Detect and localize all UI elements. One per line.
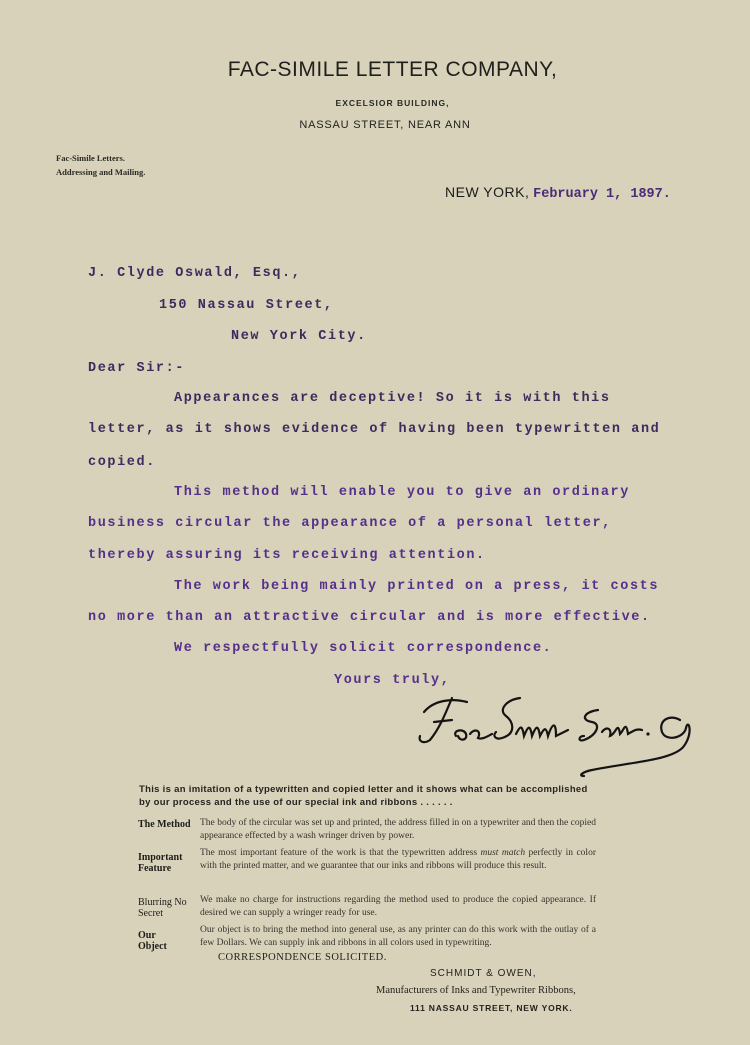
feature-label-important: Important Feature bbox=[138, 852, 190, 874]
feature-text-method: The body of the circular was set up and … bbox=[200, 817, 596, 842]
footer-intro: This is an imitation of a typewritten an… bbox=[139, 783, 599, 809]
signature-flourish-icon bbox=[412, 690, 702, 780]
side-note-service-2: Addressing and Mailing. bbox=[56, 167, 145, 177]
recipient-city: New York City. bbox=[231, 329, 367, 344]
maker-name: SCHMIDT & OWEN, bbox=[430, 968, 536, 979]
feature-text-important: The most important feature of the work i… bbox=[200, 847, 596, 872]
body-line: This method will enable you to give an o… bbox=[174, 485, 630, 500]
body-line: letter, as it shows evidence of having b… bbox=[88, 422, 660, 437]
dateline-city: NEW YORK, bbox=[445, 184, 529, 200]
body-line: copied. bbox=[88, 455, 156, 470]
recipient-street: 150 Nassau Street, bbox=[159, 298, 334, 313]
maker-address: 111 NASSAU STREET, NEW YORK. bbox=[410, 1003, 573, 1013]
closing: Yours truly, bbox=[334, 673, 450, 688]
dateline-date: February 1, 1897. bbox=[533, 187, 671, 202]
feature-label-method: The Method bbox=[138, 819, 202, 830]
feature-label-blurring: Blurring No Secret bbox=[138, 897, 190, 919]
body-line: no more than an attractive circular and … bbox=[88, 610, 651, 625]
body-line: thereby assuring its receiving attention… bbox=[88, 548, 486, 563]
body-line: We respectfully solicit correspondence. bbox=[174, 641, 552, 656]
feature-label-object: Our Object bbox=[138, 930, 174, 952]
emphasis-must-match: must match bbox=[481, 848, 526, 858]
feature-text-object: Our object is to bring the method into g… bbox=[200, 924, 596, 949]
building-name: EXCELSIOR BUILDING, bbox=[0, 98, 750, 108]
body-line: business circular the appearance of a pe… bbox=[88, 516, 612, 531]
side-note-service-1: Fac-Simile Letters. bbox=[56, 153, 125, 163]
body-line: Appearances are deceptive! So it is with… bbox=[174, 391, 611, 406]
company-name: FAC-SIMILE LETTER COMPANY, bbox=[0, 58, 750, 82]
maker-description: Manufacturers of Inks and Typewriter Rib… bbox=[376, 985, 576, 996]
signature bbox=[412, 690, 702, 780]
salutation: Dear Sir:- bbox=[88, 361, 185, 376]
feature-text-blurring: We make no charge for instructions regar… bbox=[200, 894, 596, 919]
recipient-name: J. Clyde Oswald, Esq., bbox=[88, 266, 301, 281]
dateline: NEW YORK, February 1, 1897. bbox=[445, 184, 671, 202]
street-address: NASSAU STREET, NEAR ANN bbox=[0, 119, 750, 131]
body-line: The work being mainly printed on a press… bbox=[174, 579, 659, 594]
correspondence-solicited: CORRESPONDENCE SOLICITED. bbox=[218, 952, 387, 963]
